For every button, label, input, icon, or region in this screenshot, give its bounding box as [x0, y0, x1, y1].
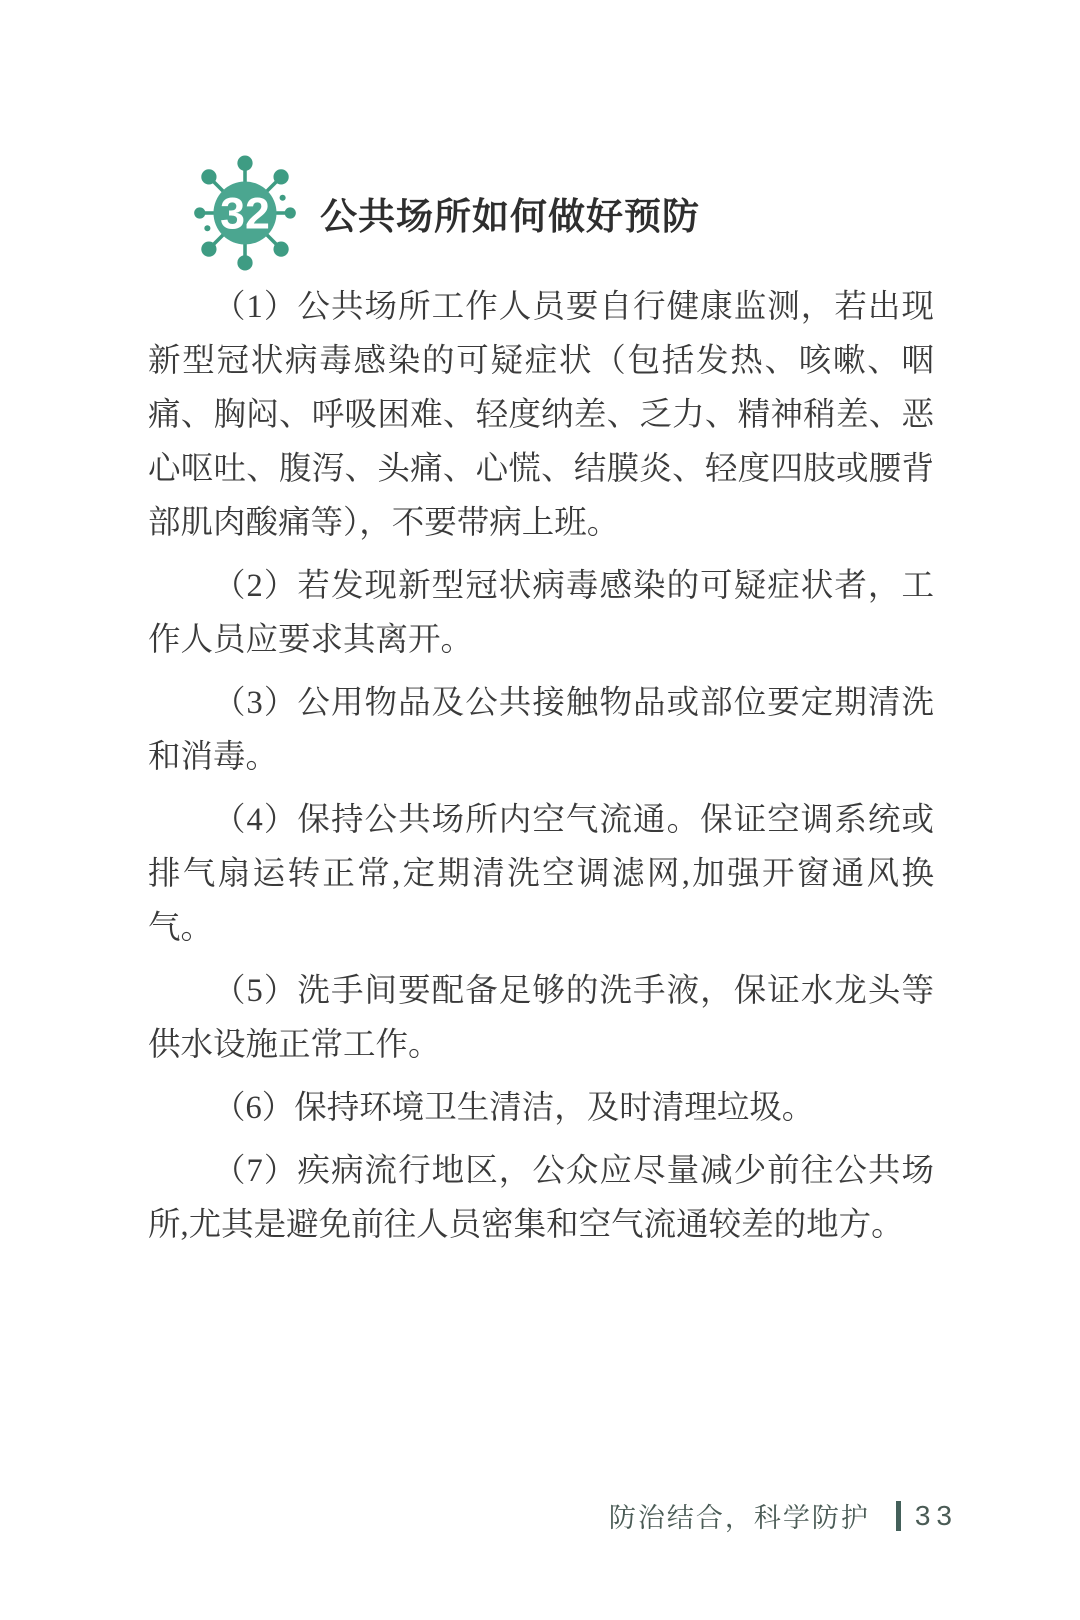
page-title: 公共场所如何做好预防	[320, 186, 700, 240]
paragraph-3: （3）公用物品及公共接触物品或部位要定期清洗和消毒。	[148, 676, 934, 784]
paragraph-5: （5）洗手间要配备足够的洗手液，保证水龙头等供水设施正常工作。	[148, 964, 934, 1072]
virus-icon: 32	[184, 152, 306, 274]
page-footer: 防治结合，科学防护 33	[609, 1496, 958, 1535]
section-number: 32	[220, 189, 270, 238]
section-header: 32 公共场所如何做好预防	[184, 152, 700, 274]
paragraph-4: （4）保持公共场所内空气流通。保证空调系统或排气扇运转正常,定期清洗空调滤网,加…	[148, 793, 934, 955]
page-number: 33	[915, 1500, 958, 1532]
paragraph-2: （2）若发现新型冠状病毒感染的可疑症状者，工作人员应要求其离开。	[148, 559, 934, 667]
footer-divider	[896, 1501, 901, 1531]
paragraph-1: （1）公共场所工作人员要自行健康监测，若出现新型冠状病毒感染的可疑症状（包括发热…	[148, 280, 934, 550]
document-page: 32 公共场所如何做好预防 （1）公共场所工作人员要自行健康监测，若出现新型冠状…	[0, 0, 1080, 1620]
paragraph-7: （7）疾病流行地区，公众应尽量减少前往公共场所,尤其是避免前往人员密集和空气流通…	[148, 1144, 934, 1252]
body-content: （1）公共场所工作人员要自行健康监测，若出现新型冠状病毒感染的可疑症状（包括发热…	[148, 280, 934, 1252]
footer-slogan: 防治结合，科学防护	[609, 1496, 870, 1535]
paragraph-6: （6）保持环境卫生清洁，及时清理垃圾。	[148, 1081, 934, 1135]
